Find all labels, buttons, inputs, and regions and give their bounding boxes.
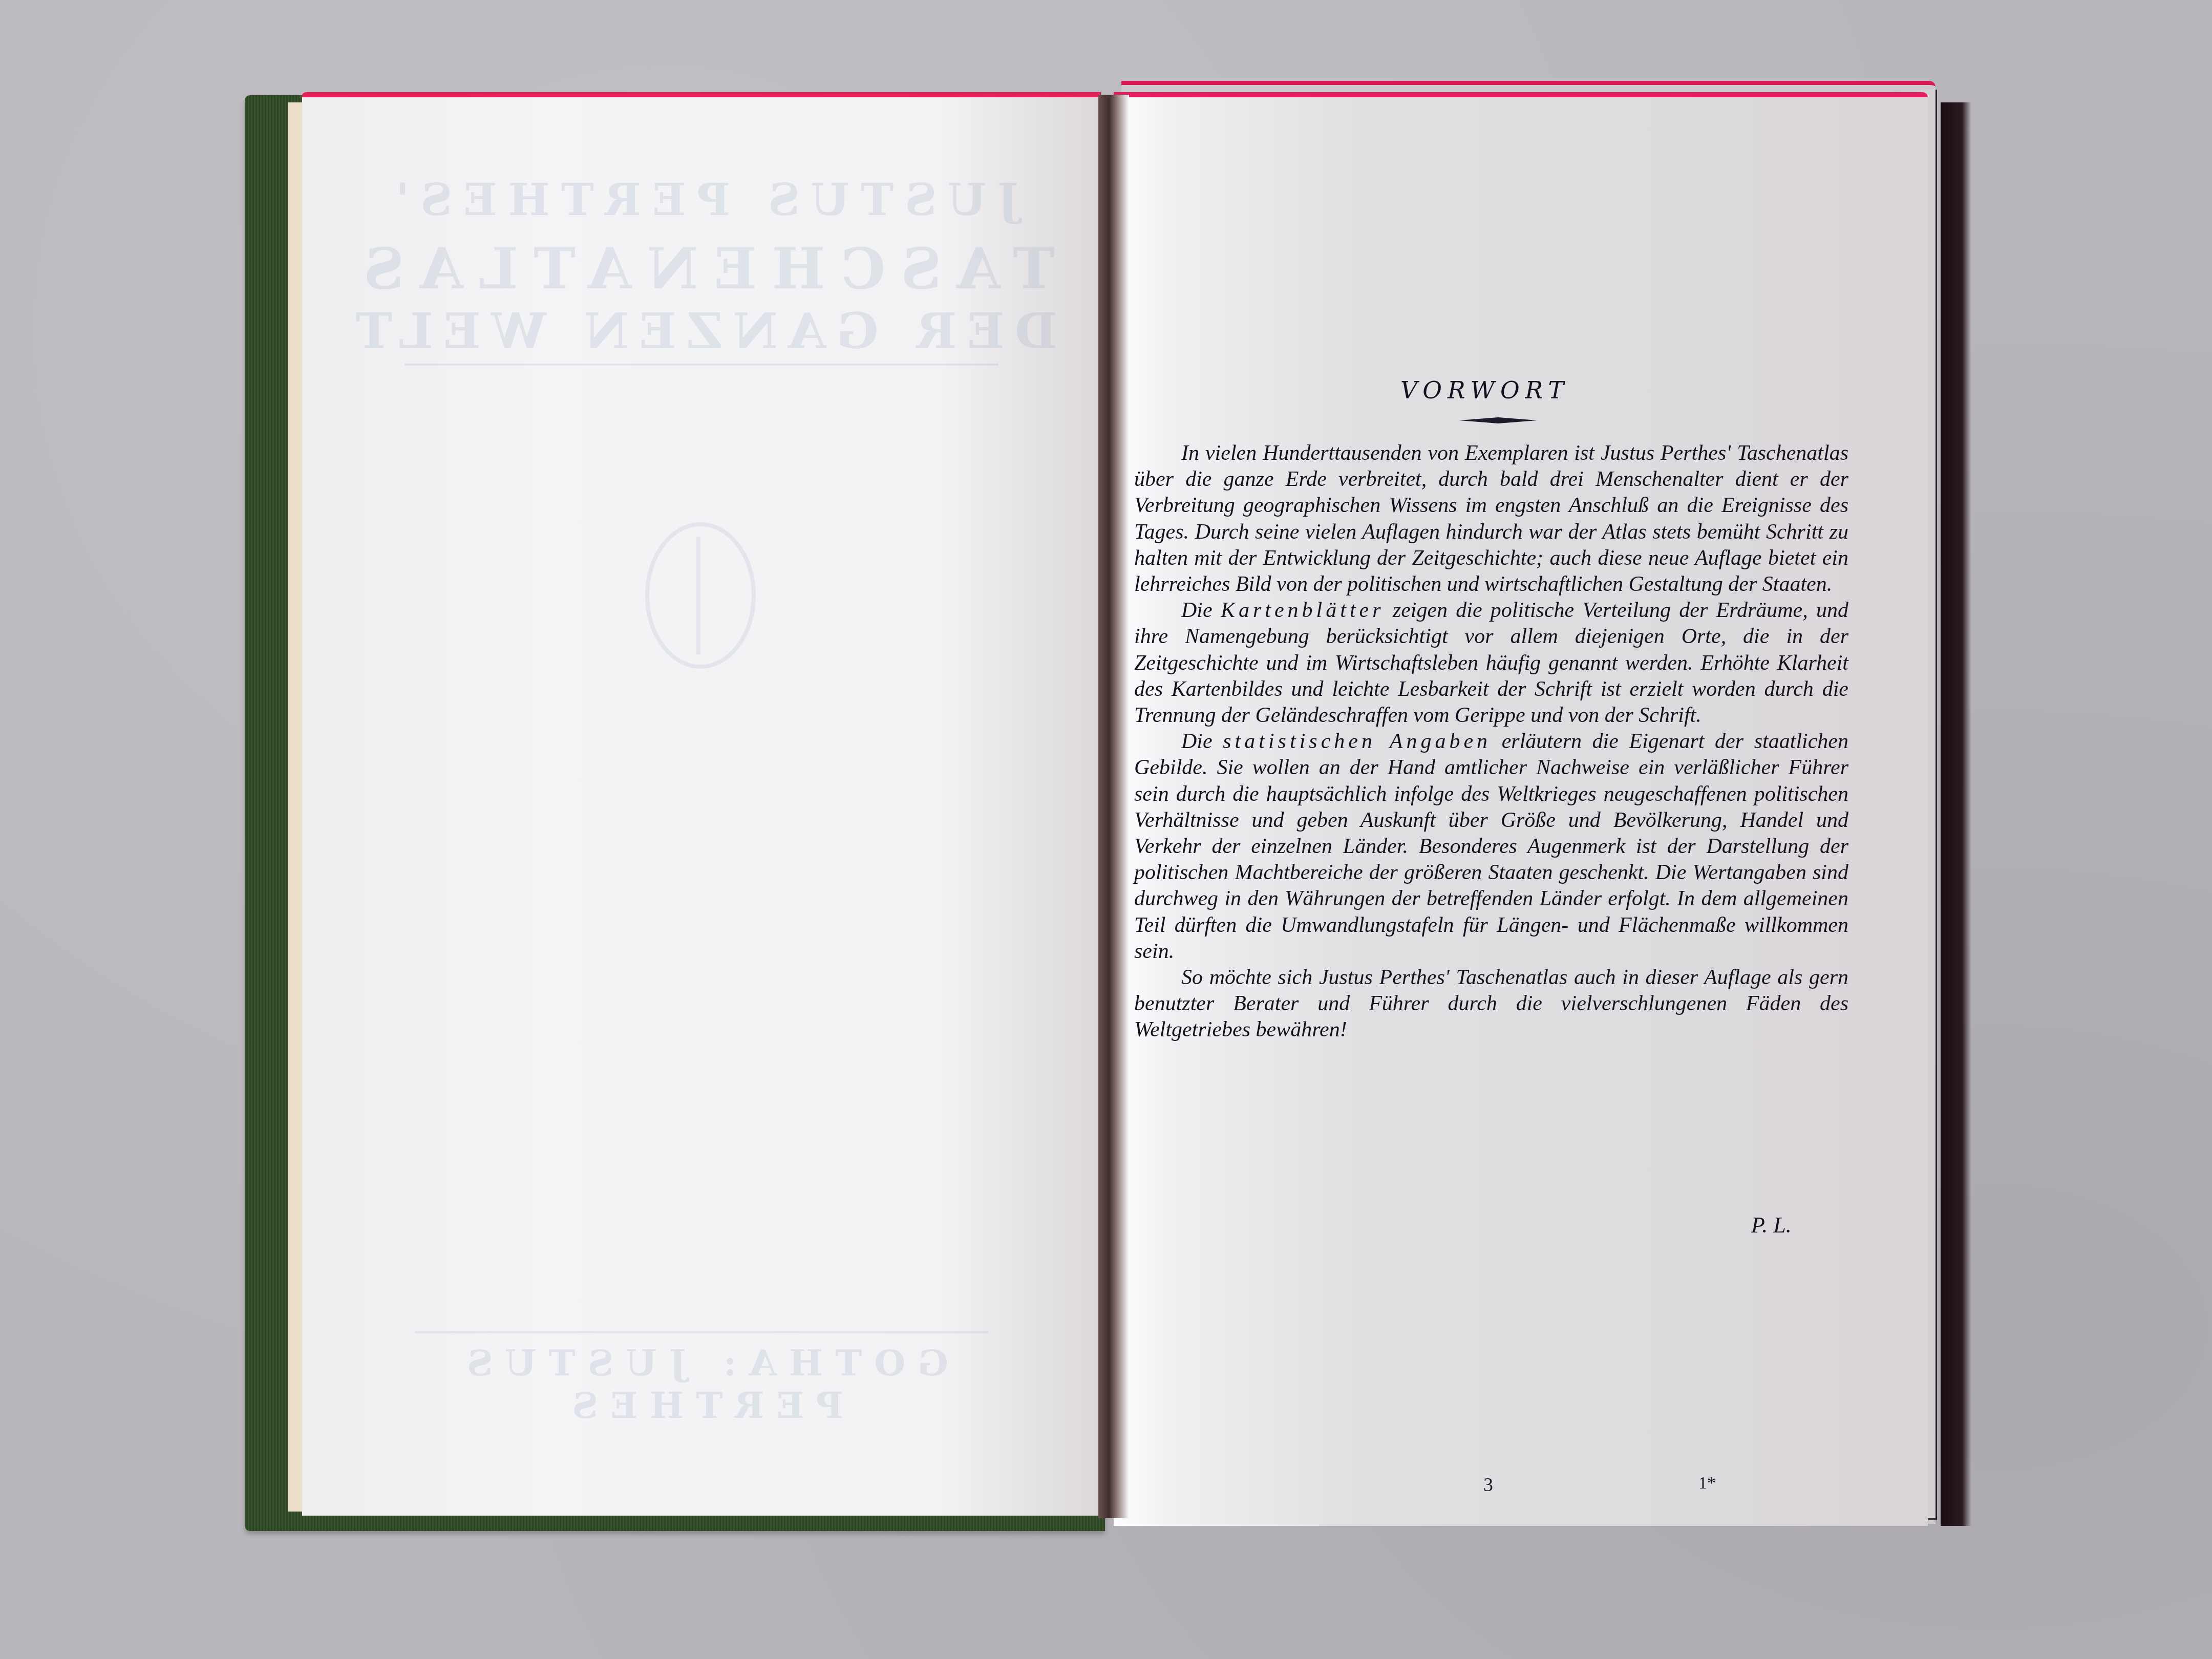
publisher-emblem-icon: [645, 522, 756, 669]
ornament-divider-icon: [1459, 417, 1537, 423]
show-through-line: JUSTUS PERTHES': [302, 174, 1101, 226]
signature-mark: 1*: [1698, 1474, 1716, 1493]
author-initials: P. L.: [1751, 1212, 1792, 1238]
show-through-line: TASCHENATLAS: [302, 236, 1101, 302]
paragraph: In vielen Hunderttausenden von Exemplare…: [1134, 440, 1848, 598]
spaced-emphasis: Kartenblätter: [1221, 599, 1385, 622]
page-heading: VORWORT: [1114, 376, 1856, 404]
show-through-footer: GOTHA: JUSTUS PERTHES: [302, 1342, 1101, 1427]
paragraph: So möchte sich Justus Perthes' Taschenat…: [1134, 965, 1848, 1044]
book-shadow: [1941, 102, 1971, 1526]
show-through-line: DER GANZEN WELT: [302, 302, 1101, 360]
paragraph: Die Kartenblätter zeigen die politische …: [1134, 598, 1848, 729]
book-gutter: [1098, 95, 1129, 1518]
show-through-rule: [405, 364, 998, 366]
show-through-rule: [415, 1331, 988, 1333]
left-page: JUSTUS PERTHES' TASCHENATLAS DER GANZEN …: [302, 92, 1101, 1516]
spaced-emphasis: statistischen Angaben: [1223, 730, 1491, 753]
preface-body: In vielen Hunderttausenden von Exemplare…: [1134, 440, 1848, 1044]
page-number: 3: [1483, 1474, 1493, 1496]
paragraph: Die statistischen Angaben erläutern die …: [1134, 729, 1848, 965]
